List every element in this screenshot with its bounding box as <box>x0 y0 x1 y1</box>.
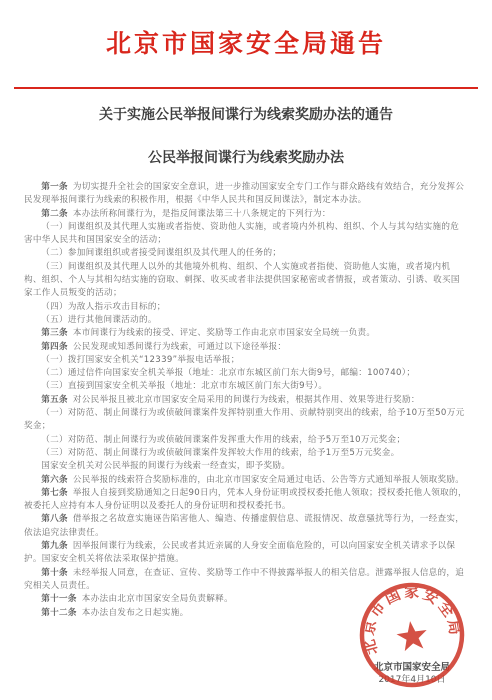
article-text: （二）参加间谍组织或者接受间谍组织及其代理人的任务的； <box>41 248 281 258</box>
article-text: 本办法由北京市国家安全局负责解释。 <box>82 594 233 604</box>
article-text: （三）间谍组织及其代理人以外的其他境外机构、组织、个人实施或者指使、资助他人实施… <box>24 262 460 299</box>
article-label: 第七条 <box>41 488 68 498</box>
article-label: 第五条 <box>41 395 68 405</box>
article-label: 第四条 <box>41 342 68 352</box>
article-label: 第二条 <box>41 209 68 219</box>
article-paragraph: （一）间谍组织及其代理人实施或者指使、资助他人实施，或者境内外机构、组织、个人与… <box>24 221 468 248</box>
article-text: 为切实提升全社会的国家安全意识，进一步推动国家安全专门工作与群众路线有效结合，充… <box>24 182 464 205</box>
article-paragraph: （一）拨打国家安全机关“12339”举报电话举报； <box>24 354 468 367</box>
measures-heading: 公民举报间谍行为线索奖励办法 <box>0 147 492 167</box>
official-seal-block: 北京市国家安全局 2017年4月10日 北京市国家安全局 <box>346 580 478 698</box>
article-text: 借举报之名故意实施诬告陷害他人、编造、传播虚假信息、谎报情况、故意骚扰等行为，一… <box>24 514 464 537</box>
article-text: 举报人自接到奖励通知之日起90日内，凭本人身份证明或授权委托他人领取；授权委托他… <box>24 488 467 511</box>
article-text: 公民发现或知悉间谍行为线索，可通过以下途径举报： <box>73 342 286 352</box>
article-text: （三）对防范、制止间谍行为或侦破间谍案件发挥较大作用的线索，给予1万至5万元奖金… <box>41 448 399 458</box>
article-text: （一）拨打国家安全机关“12339”举报电话举报； <box>41 355 239 365</box>
article-paragraph: 第二条本办法所称间谍行为，是指反间谍法第三十八条规定的下列行为： <box>24 208 468 221</box>
article-label: 第十一条 <box>41 594 77 604</box>
article-text: （二）对防范、制止间谍行为或侦破间谍案件发挥重大作用的线索，给予5万至10万元奖… <box>41 435 405 445</box>
article-text: （四）为敌人指示攻击目标的； <box>41 302 166 312</box>
article-text: （一）对防范、制止间谍行为或侦破间谍案件发挥特别重大作用、贡献特别突出的线索，给… <box>24 408 464 431</box>
svg-text:北京市国家安全局: 北京市国家安全局 <box>357 580 466 657</box>
article-paragraph: （二）通过信件向国家安全机关举报（地址：北京市东城区前门东大街9号，邮编：100… <box>24 367 468 380</box>
article-text: 对公民举报且被北京市国家安全局采用的间谍行为线索，根据其作用、效果等进行奖励： <box>73 395 420 405</box>
official-seal-icon: 北京市国家安全局 <box>357 580 467 690</box>
notice-subtitle: 关于实施公民举报间谍行为线索奖励办法的通告 <box>20 104 472 124</box>
article-label: 第三条 <box>41 328 68 338</box>
article-paragraph: 第七条举报人自接到奖励通知之日起90日内，凭本人身份证明或授权委托他人领取；授权… <box>24 487 468 514</box>
article-paragraph: （一）对防范、制止间谍行为或侦破间谍案件发挥特别重大作用、贡献特别突出的线索，给… <box>24 407 468 434</box>
article-text: 因举报间谍行为线索，公民或者其近亲属的人身安全面临危险的，可以向国家安全机关请求… <box>24 541 455 564</box>
article-paragraph: 第九条因举报间谍行为线索，公民或者其近亲属的人身安全面临危险的，可以向国家安全机… <box>24 540 468 567</box>
article-text: 公民举报的线索符合奖励标准的，由北京市国家安全局通过电话、公告等方式通知举报人领… <box>73 475 464 485</box>
notice-document: 北京市国家安全局通告 关于实施公民举报间谍行为线索奖励办法的通告 公民举报间谍行… <box>0 0 492 700</box>
article-paragraph: （三）间谍组织及其代理人以外的其他境外机构、组织、个人实施或者指使、资助他人实施… <box>24 261 468 301</box>
article-paragraph: 第四条公民发现或知悉间谍行为线索，可通过以下途径举报： <box>24 341 468 354</box>
article-paragraph: 第八条借举报之名故意实施诬告陷害他人、编造、传播虚假信息、谎报情况、故意骚扰等行… <box>24 513 468 540</box>
article-paragraph: 第三条本市间谍行为线索的接受、评定、奖励等工作由北京市国家安全局统一负责。 <box>24 327 468 340</box>
article-paragraph: 第六条公民举报的线索符合奖励标准的，由北京市国家安全局通过电话、公告等方式通知举… <box>24 474 468 487</box>
article-label: 第十二条 <box>41 608 77 618</box>
article-paragraph: （三）对防范、制止间谍行为或侦破间谍案件发挥较大作用的线索，给予1万至5万元奖金… <box>24 447 468 460</box>
articles-list: 第一条为切实提升全社会的国家安全意识，进一步推动国家安全专门工作与群众路线有效结… <box>24 181 468 620</box>
article-paragraph: （三）直接到国家安全机关举报（地址：北京市东城区前门东大街9号）。 <box>24 380 468 393</box>
article-paragraph: 国家安全机关对公民举报的间谍行为线索一经查实，即予奖励。 <box>24 460 468 473</box>
star-icon <box>395 619 429 652</box>
article-paragraph: 第五条对公民举报且被北京市国家安全局采用的间谍行为线索，根据其作用、效果等进行奖… <box>24 394 468 407</box>
page-title: 北京市国家安全局通告 <box>0 0 492 60</box>
article-paragraph: （二）对防范、制止间谍行为或侦破间谍案件发挥重大作用的线索，给予5万至10万元奖… <box>24 434 468 447</box>
seal-ring-text: 北京市国家安全局 <box>357 580 466 657</box>
article-paragraph: 第一条为切实提升全社会的国家安全意识，进一步推动国家安全专门工作与群众路线有效结… <box>24 181 468 208</box>
article-text: （二）通过信件向国家安全机关举报（地址：北京市东城区前门东大街9号，邮编：100… <box>41 368 415 378</box>
article-paragraph: （四）为敌人指示攻击目标的； <box>24 301 468 314</box>
article-text: （一）间谍组织及其代理人实施或者指使、资助他人实施，或者境内外机构、组织、个人与… <box>24 222 459 245</box>
article-text: （三）直接到国家安全机关举报（地址：北京市东城区前门东大街9号）。 <box>41 381 327 391</box>
article-paragraph: （五）进行其他间谍活动的。 <box>24 314 468 327</box>
article-text: （五）进行其他间谍活动的。 <box>41 315 157 325</box>
article-paragraph: （二）参加间谍组织或者接受间谍组织及其代理人的任务的； <box>24 247 468 260</box>
article-label: 第九条 <box>41 541 68 551</box>
article-label: 第八条 <box>41 514 68 524</box>
article-label: 第十条 <box>41 568 68 578</box>
article-label: 第一条 <box>41 182 68 192</box>
article-text: 本市间谍行为线索的接受、评定、奖励等工作由北京市国家安全局统一负责。 <box>73 328 375 338</box>
article-text: 本办法所称间谍行为，是指反间谍法第三十八条规定的下列行为： <box>73 209 331 219</box>
article-text: 本办法自发布之日起实施。 <box>82 608 189 618</box>
article-label: 第六条 <box>41 475 68 485</box>
article-text: 国家安全机关对公民举报的间谍行为线索一经查实，即予奖励。 <box>41 461 290 471</box>
title-divider <box>14 87 478 89</box>
